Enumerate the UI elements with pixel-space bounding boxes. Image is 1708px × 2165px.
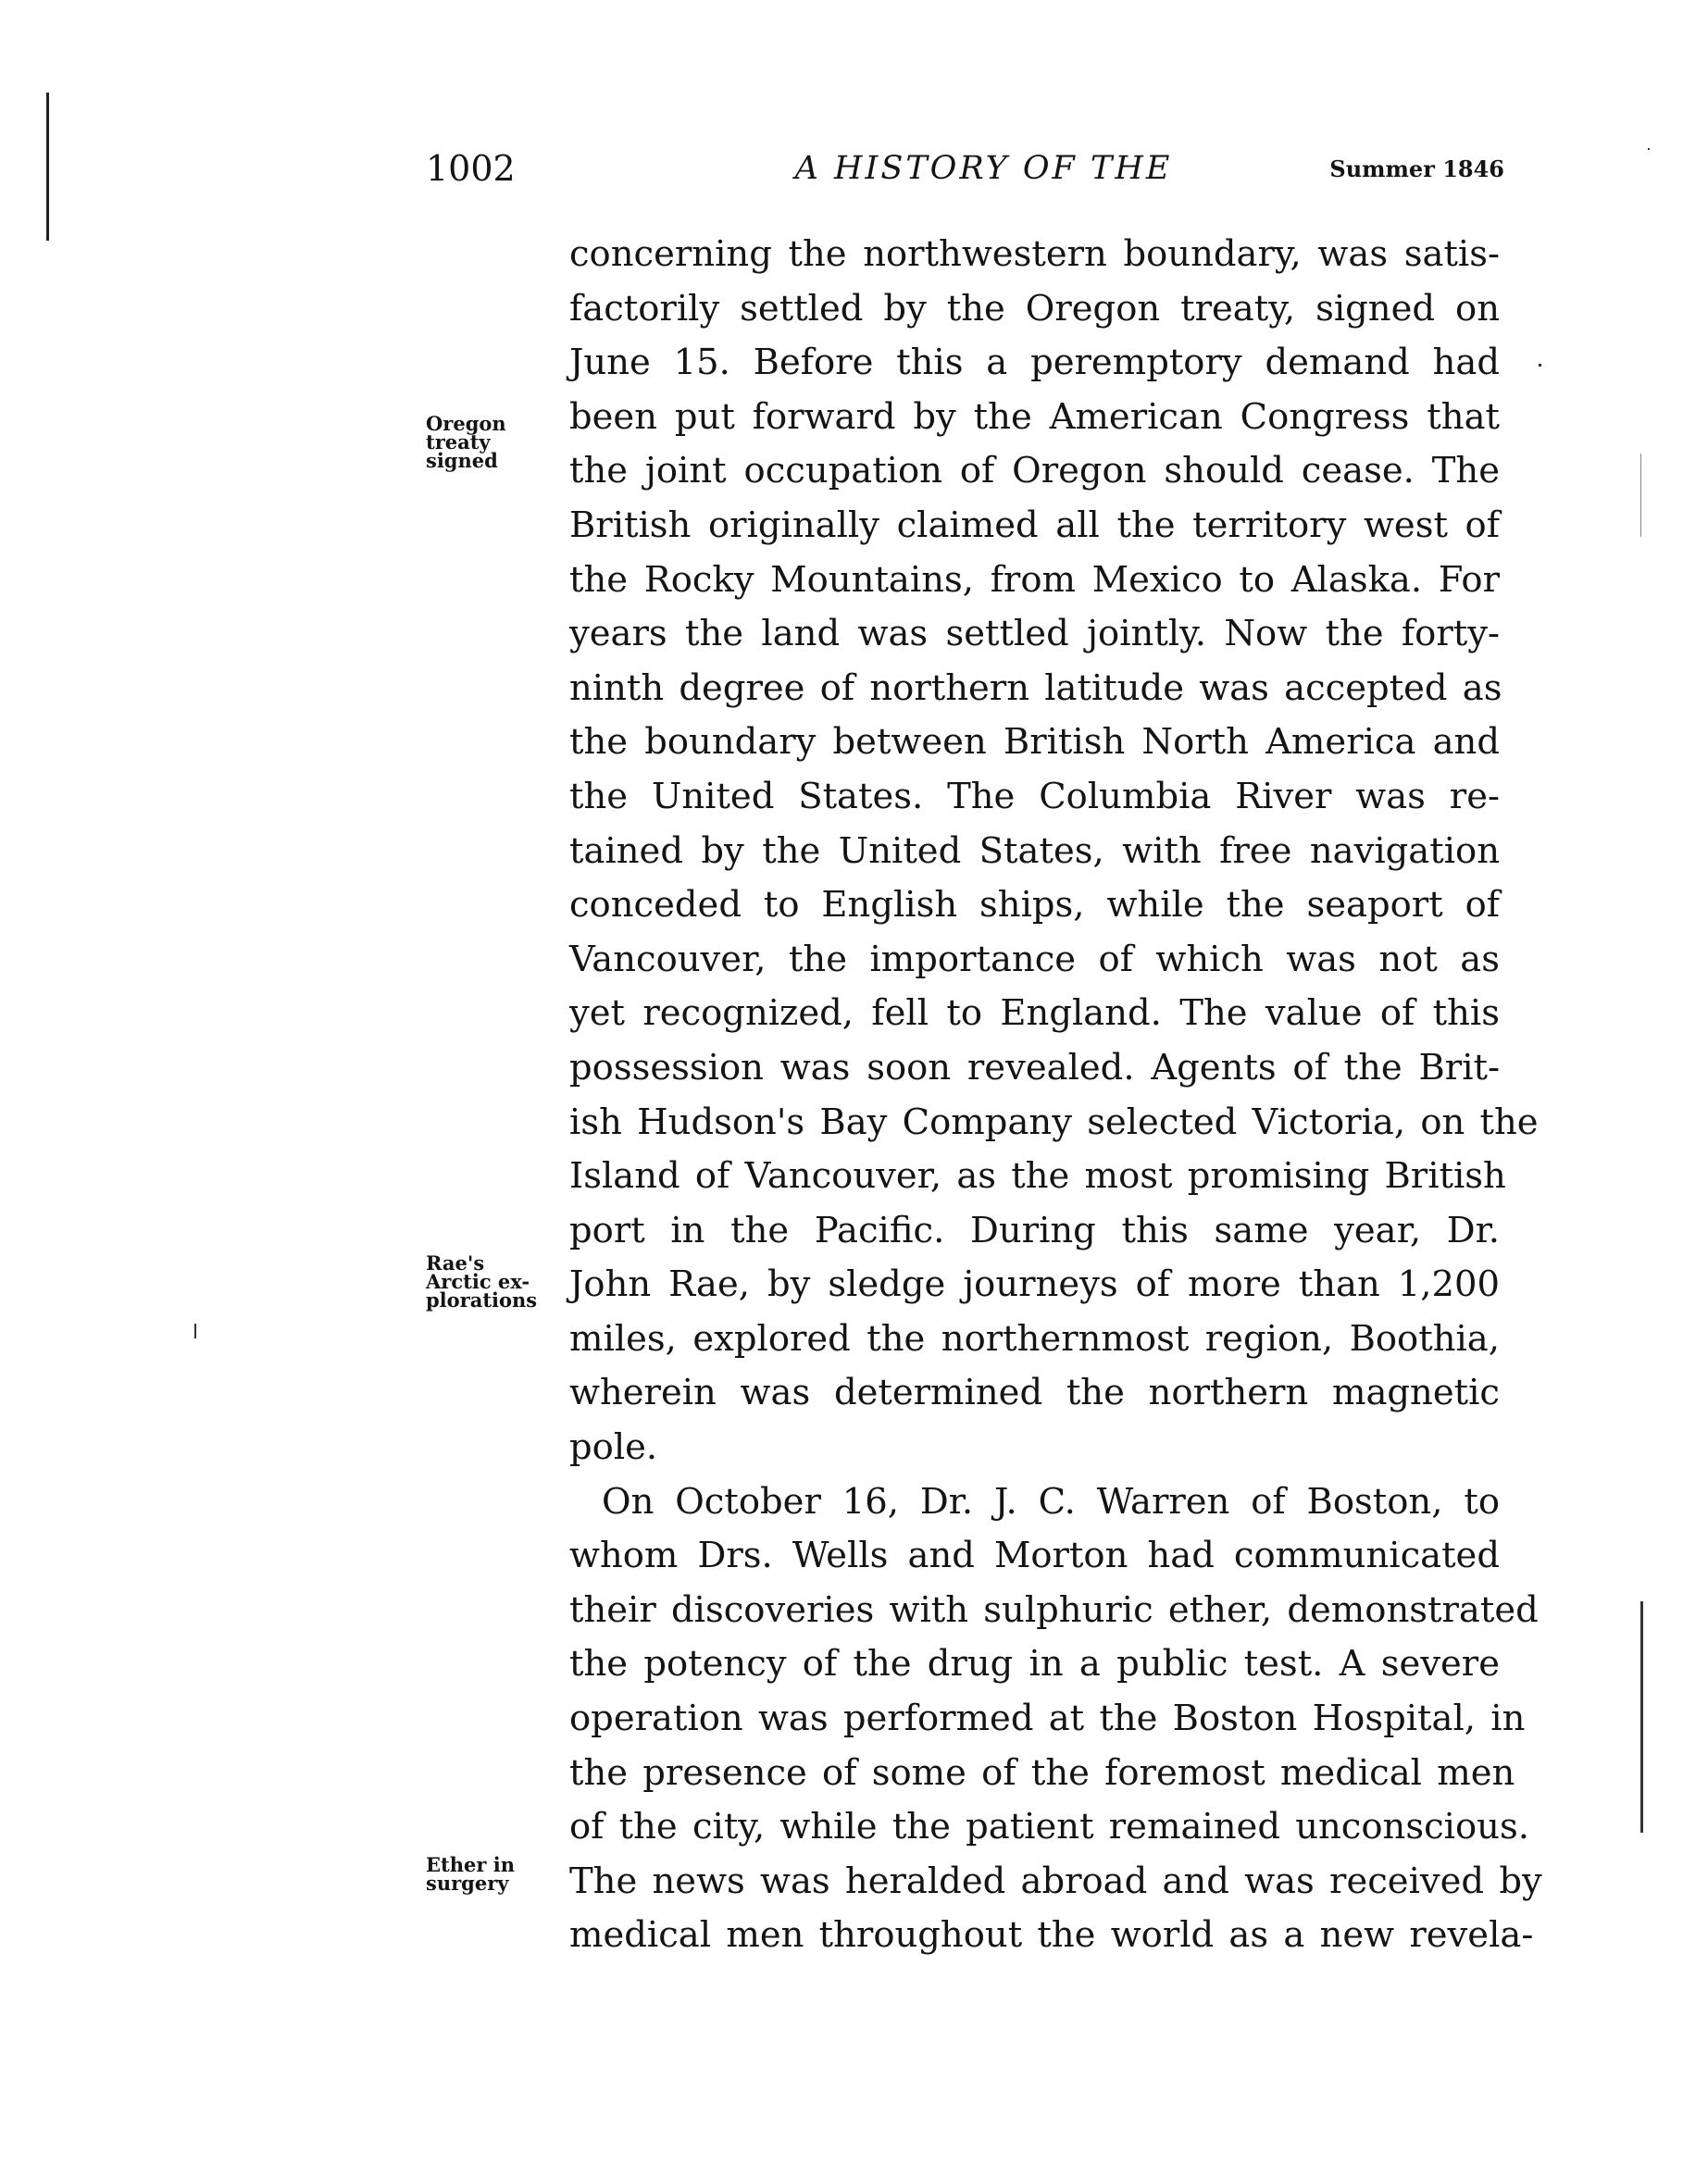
margin-note-line: surgery xyxy=(426,1874,515,1893)
text-line: conceded to English ships, while the sea… xyxy=(569,878,1500,933)
text-line: the boundary between British North Ameri… xyxy=(569,715,1500,770)
text-line: possession was soon revealed. Agents of … xyxy=(569,1041,1500,1096)
text-line: yet recognized, fell to England. The val… xyxy=(569,987,1500,1041)
text-line: wherein was determined the northern magn… xyxy=(569,1366,1500,1421)
text-line: On October 16, Dr. J. C. Warren of Bosto… xyxy=(569,1475,1500,1530)
text-line: concerning the northwestern boundary, wa… xyxy=(569,228,1500,282)
text-line: John Rae, by sledge journeys of more tha… xyxy=(569,1258,1500,1313)
text-line: ish Hudson's Bay Company selected Victor… xyxy=(569,1096,1500,1151)
scan-artifact-edge xyxy=(1640,454,1641,537)
text-line: ninth degree of northern latitude was ac… xyxy=(569,662,1500,716)
margin-note-rae-arctic: Rae's Arctic ex- plorations xyxy=(426,1254,537,1310)
text-line: the presence of some of the foremost med… xyxy=(569,1747,1500,1801)
text-line: pole. xyxy=(569,1421,1500,1475)
text-line: The news was heralded abroad and was rec… xyxy=(569,1855,1500,1910)
scan-artifact-line xyxy=(46,93,49,241)
scan-artifact-dot xyxy=(194,1324,196,1338)
margin-note-line: plorations xyxy=(426,1291,537,1310)
text-line: June 15. Before this a peremptory demand… xyxy=(569,336,1500,391)
scan-artifact-edge xyxy=(1640,1601,1643,1833)
text-line: years the land was settled jointly. Now … xyxy=(569,607,1500,662)
text-line: Vancouver, the importance of which was n… xyxy=(569,933,1500,988)
text-line: British originally claimed all the terri… xyxy=(569,499,1500,554)
text-line: medical men throughout the world as a ne… xyxy=(569,1909,1500,1963)
scan-artifact-dot xyxy=(1648,148,1650,150)
margin-note-ether-surgery: Ether in surgery xyxy=(426,1856,515,1893)
text-line: port in the Pacific. During this same ye… xyxy=(569,1204,1500,1259)
text-line: whom Drs. Wells and Morton had communica… xyxy=(569,1529,1500,1584)
text-line: the joint occupation of Oregon should ce… xyxy=(569,444,1500,499)
text-line: the potency of the drug in a public test… xyxy=(569,1637,1500,1692)
text-line: miles, explored the northernmost region,… xyxy=(569,1313,1500,1367)
margin-note-oregon-treaty: Oregon treaty signed xyxy=(426,415,506,470)
text-line: the Rocky Mountains, from Mexico to Alas… xyxy=(569,554,1500,608)
text-line: operation was performed at the Boston Ho… xyxy=(569,1692,1500,1747)
text-line: tained by the United States, with free n… xyxy=(569,825,1500,879)
text-line: their discoveries with sulphuric ether, … xyxy=(569,1584,1500,1638)
text-line: of the city, while the patient remained … xyxy=(569,1800,1500,1855)
text-line: the United States. The Columbia River wa… xyxy=(569,770,1500,825)
text-line: factorily settled by the Oregon treaty, … xyxy=(569,282,1500,337)
margin-note-line: signed xyxy=(426,452,506,470)
scan-artifact-dot xyxy=(1539,364,1541,367)
date-heading: Summer 1846 xyxy=(1329,156,1504,182)
body-text: concerning the northwestern boundary, wa… xyxy=(569,228,1500,1963)
text-line: been put forward by the American Congres… xyxy=(569,391,1500,445)
text-line: Island of Vancouver, as the most promisi… xyxy=(569,1150,1500,1204)
page-header: 1002 A HISTORY OF THE Summer 1846 xyxy=(426,148,1504,194)
